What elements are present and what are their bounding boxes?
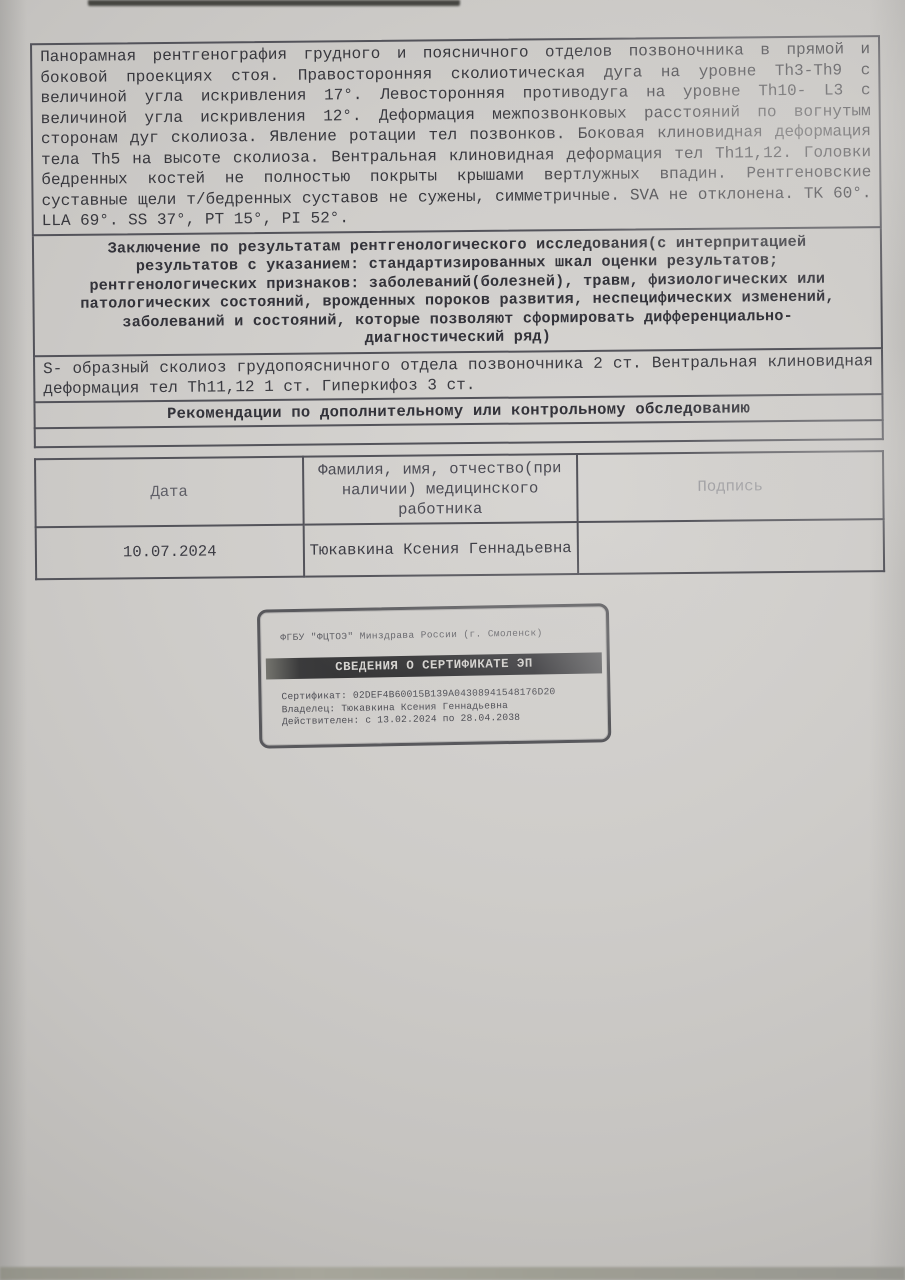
header-date: Дата [35,457,303,528]
recommendations-header-text: Рекомендации по дополнительному или конт… [43,397,873,425]
desk-edge-top [88,0,460,6]
conclusion-section: S- образный сколиоз грудопоясничного отд… [33,349,883,403]
conclusion-header-section: Заключение по результатам рентгенологиче… [32,228,883,358]
cell-signature [577,519,884,574]
header-signature: Подпись [577,451,884,522]
findings-section: Панорамная рентгенография грудного и поя… [30,35,882,236]
stamp-certificate-details: Сертификат: 02DEF4B60015B139A04308941548… [281,685,608,729]
signature-table: Дата Фамилия, имя, отчество(при наличии)… [34,450,885,580]
stamp-organization: ФГБУ "ФЦТОЭ" Минздрава России (г. Смолен… [280,626,606,643]
validity-label: Действителен: [282,715,360,727]
stamp-certificate-banner: СВЕДЕНИЯ О СЕРТИФИКАТЕ ЭП [266,652,602,679]
photographed-paper: Панорамная рентгенография грудного и поя… [0,0,905,1280]
digital-signature-stamp: ФГБУ "ФЦТОЭ" Минздрава России (г. Смолен… [257,603,611,748]
desk-edge-bottom [0,1267,905,1280]
signature-table-header-row: Дата Фамилия, имя, отчество(при наличии)… [35,451,884,527]
findings-text: Панорамная рентгенография грудного и поя… [40,39,872,231]
cell-date: 10.07.2024 [36,525,304,580]
header-medical-worker-name: Фамилия, имя, отчество(при наличии) меди… [303,454,578,525]
conclusion-header-text: Заключение по результатам рентгенологиче… [42,230,873,354]
signature-table-data-row: 10.07.2024 Тюкавкина Ксения Геннадьевна [36,519,884,579]
cell-medical-worker-name: Тюкавкина Ксения Геннадьевна [303,522,578,577]
owner-label: Владелец: [282,703,336,715]
radiology-report-document: Панорамная рентгенография грудного и поя… [30,35,887,749]
owner-value: Тюкавкина Ксения Геннадьевна [341,700,508,714]
certificate-label: Сертификат: [281,690,347,702]
conclusion-text: S- образный сколиоз грудопоясничного отд… [43,351,873,399]
certificate-value: 02DEF4B60015B139A04308941548176D20 [353,686,556,701]
validity-value: с 13.02.2024 по 28.04.2038 [365,712,520,726]
